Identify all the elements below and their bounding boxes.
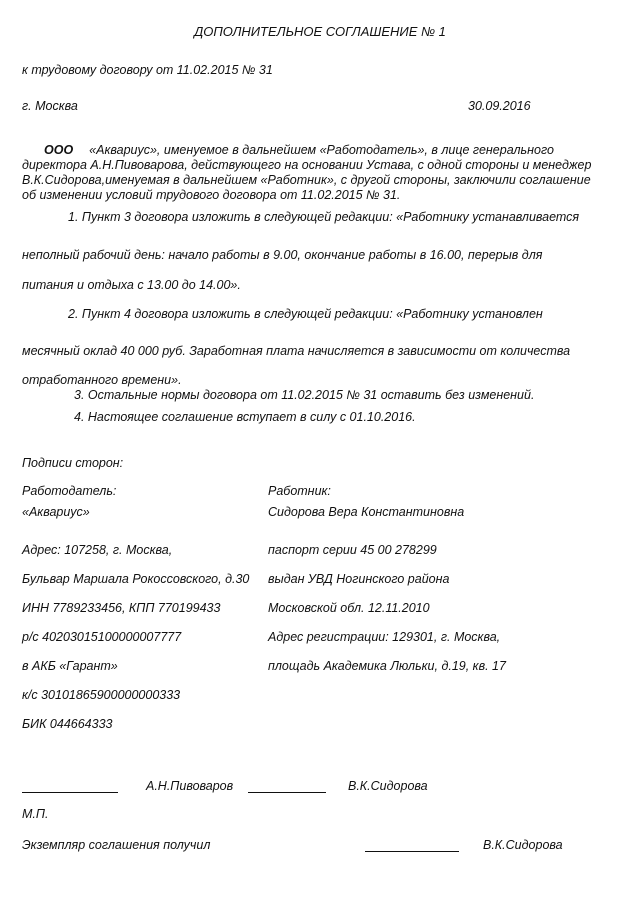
document-title: ДОПОЛНИТЕЛЬНОЕ СОГЛАШЕНИЕ № 1 [0, 24, 640, 39]
city: г. Москва [22, 99, 78, 113]
employer-signer: А.Н.Пивоваров [146, 779, 233, 793]
employee-detail: Адрес регистрации: 129301, г. Москва, [268, 630, 500, 644]
employer-detail: Адрес: 107258, г. Москва, [22, 543, 172, 557]
receipt-signature-line [365, 851, 459, 852]
employer-signature-line [22, 792, 118, 793]
employee-detail: площадь Академика Люльки, д.19, кв. 17 [268, 659, 506, 673]
preamble-line-1: ООО«Аквариус», именуемое в дальнейшем «Р… [44, 143, 554, 157]
org-prefix: ООО [44, 143, 73, 157]
employee-detail: паспорт серии 45 00 278299 [268, 543, 437, 557]
clause-2-cont-1: месячный оклад 40 000 руб. Заработная пл… [22, 344, 570, 358]
employer-detail: р/с 40203015100000007777 [22, 630, 181, 644]
employer-label: Работодатель: [22, 484, 116, 498]
receipt-text: Экземпляр соглашения получил [22, 838, 210, 852]
clause-1-cont-1: неполный рабочий день: начало работы в 9… [22, 248, 542, 262]
signatures-heading: Подписи сторон: [22, 456, 123, 470]
preamble-line-2: директора А.Н.Пивоварова, действующего н… [22, 158, 591, 172]
employee-label: Работник: [268, 484, 331, 498]
employee-signer: В.К.Сидорова [348, 779, 428, 793]
employer-name: «Аквариус» [22, 505, 90, 519]
clause-2: 2. Пункт 4 договора изложить в следующей… [68, 307, 543, 321]
seal-mark: М.П. [22, 807, 48, 821]
clause-1-cont-2: питания и отдыха с 13.00 до 14.00». [22, 278, 241, 292]
employee-detail: Московской обл. 12.11.2010 [268, 601, 430, 615]
employee-name: Сидорова Вера Константиновна [268, 505, 464, 519]
clause-4: 4. Настоящее соглашение вступает в силу … [74, 410, 416, 424]
document-date: 30.09.2016 [468, 99, 531, 113]
preamble-line-4: об изменении условий трудового договора … [22, 188, 400, 202]
employer-detail: Бульвар Маршала Рокоссовского, д.30 [22, 572, 249, 586]
preamble-line-3: В.К.Сидорова,именуемая в дальнейшем «Раб… [22, 173, 591, 187]
receipt-signer: В.К.Сидорова [483, 838, 563, 852]
employer-detail: к/с 30101865900000000333 [22, 688, 180, 702]
employer-detail: ИНН 7789233456, КПП 770199433 [22, 601, 220, 615]
employee-signature-line [248, 792, 326, 793]
clause-2-cont-2: отработанного времени». [22, 373, 182, 387]
clause-3: 3. Остальные нормы договора от 11.02.201… [74, 388, 534, 402]
contract-reference: к трудовому договору от 11.02.2015 № 31 [22, 63, 273, 77]
employer-detail: в АКБ «Гарант» [22, 659, 118, 673]
employer-detail: БИК 044664333 [22, 717, 113, 731]
employee-detail: выдан УВД Ногинского района [268, 572, 449, 586]
clause-1: 1. Пункт 3 договора изложить в следующей… [68, 210, 579, 224]
